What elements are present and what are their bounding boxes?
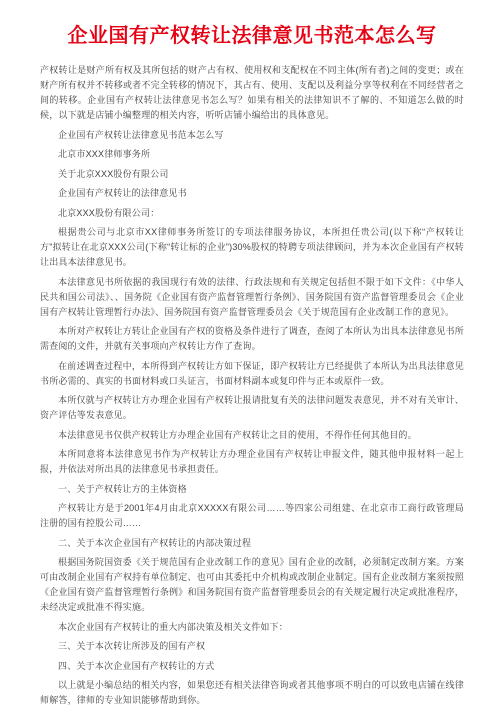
subtitle-line: 企业国有产权转让法律意见书范本怎么写 <box>40 128 464 143</box>
section-heading-2: 二、关于本次企业国有产权转让的内部决策过程 <box>40 536 464 551</box>
closing-paragraph: 以上就是小编总结的相关内容，如果您还有相关法律咨询或者其他事项不明白的可以致电店… <box>40 678 464 708</box>
paragraph: 根据国务院国资委《关于规范国有企业改制工作的意见》国有企业的改制，必须制定改制方… <box>40 555 464 615</box>
paragraph: 本法律意见书仅供产权转让方办理企业国有产权转让之目的使用，不得作任何其他目的。 <box>40 428 464 443</box>
opinion-title-line: 企业国有产权转让的法律意见书 <box>40 186 464 201</box>
paragraph: 产权转让方是于2001年4月由北京XXXXX有限公司……等四家公司组建、在北京市… <box>40 501 464 531</box>
company-line: 关于北京XXX股份有限公司 <box>40 167 464 182</box>
paragraph: 本所仅就与产权转让方办理企业国有产权转让报请批复有关的法律问题发表意见，并不对有… <box>40 393 464 423</box>
paragraph: 根据贵公司与北京市XX律师事务所签订的专项法律服务协议，本所担任贵公司(以下称“… <box>40 225 464 270</box>
page-title: 企业国有产权转让法律意见书范本怎么写 <box>40 22 464 50</box>
paragraph: 在前述调查过程中，本所得到产权转让方如下保证，即产权转让方已经提供了本所认为出具… <box>40 359 464 389</box>
addressee-line: 北京XXX股份有限公司： <box>40 206 464 221</box>
paragraph: 本法律意见书所依据的我国现行有效的法律、行政法规和有关规定包括但不限于如下文件：… <box>40 275 464 320</box>
paragraph: 本所对产权转让方转让企业国有产权的资格及条件进行了调查，查阅了本所认为出具本法律… <box>40 324 464 354</box>
document-page: 企业国有产权转让法律意见书范本怎么写 产权转让是财产所有权及其所包括的财产占有权… <box>0 0 504 713</box>
paragraph: 本次企业国有产权转让的重大内部决策及相关文件如下： <box>40 620 464 635</box>
intro-paragraph: 产权转让是财产所有权及其所包括的财产占有权、使用权和支配权在不同主体(所有者)之… <box>40 63 464 123</box>
section-heading-4: 四、关于本次企业国有产权转让的方式 <box>40 659 464 674</box>
section-heading-3: 三、关于本次转让所涉及的国有产权 <box>40 639 464 654</box>
law-firm-line: 北京市XXX律师事务所 <box>40 147 464 162</box>
section-heading-1: 一、关于产权转让方的主体资格 <box>40 482 464 497</box>
paragraph: 本所同意将本法律意见书作为产权转让方办理企业国有产权转让申报文件，随其他申报材料… <box>40 447 464 477</box>
